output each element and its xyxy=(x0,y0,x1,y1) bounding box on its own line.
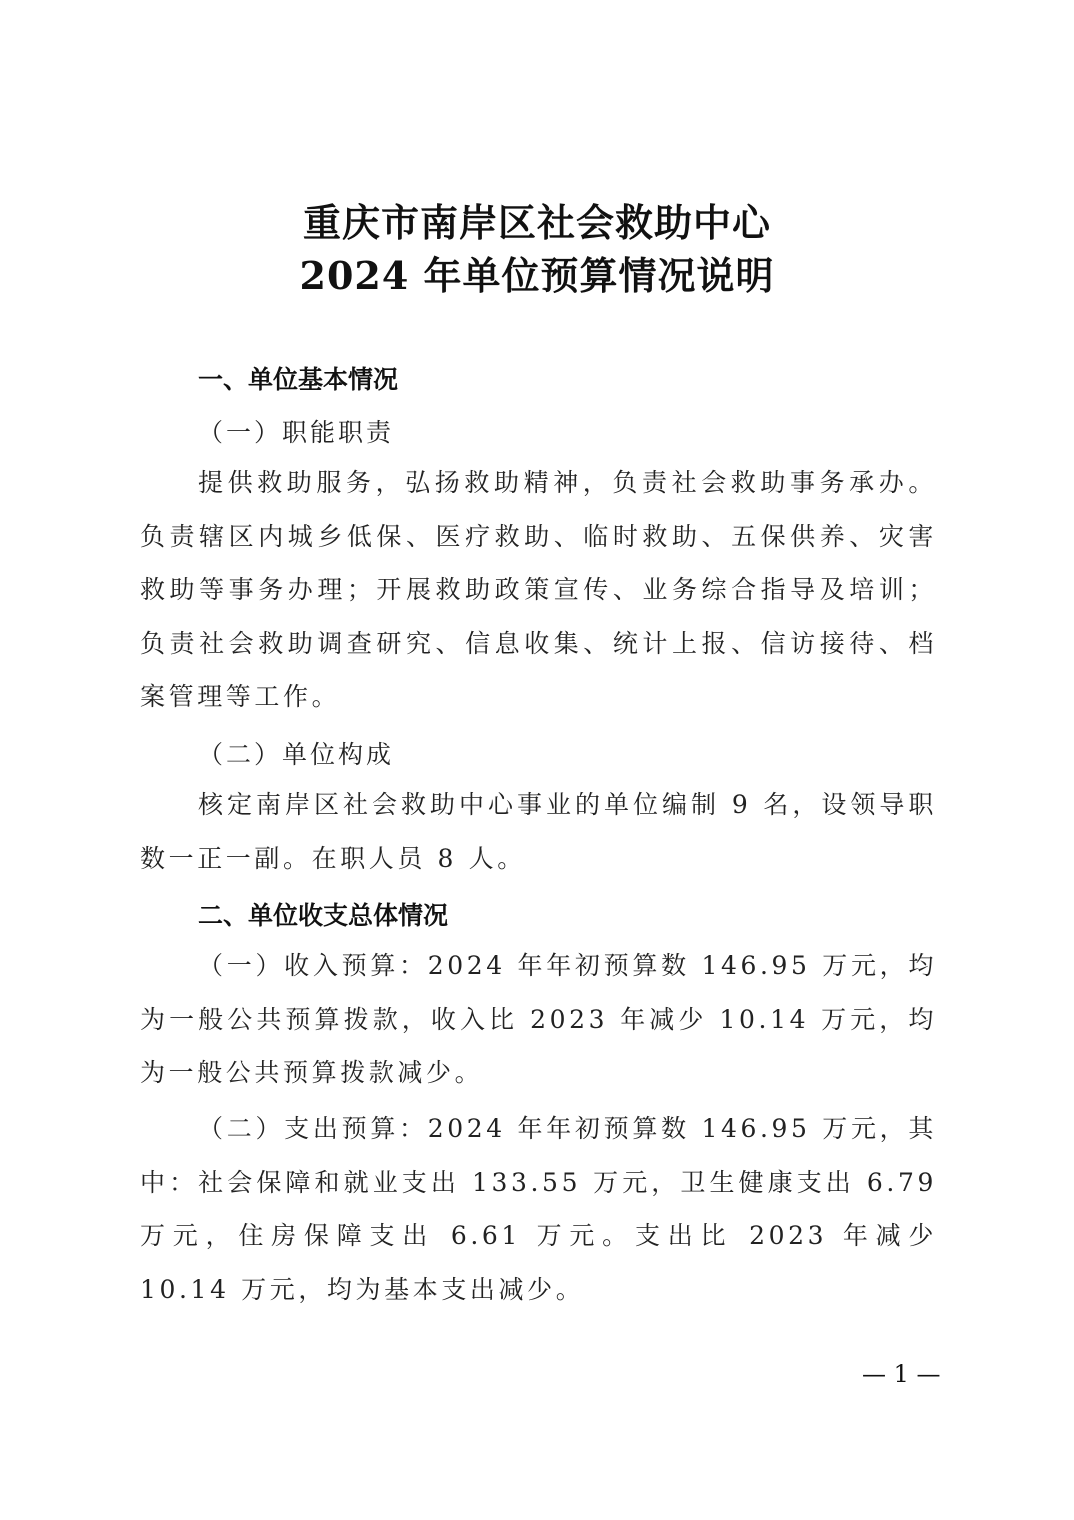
paragraph-composition: 核定南岸区社会救助中心事业的单位编制 9 名，设领导职数一正一副。在职人员 8 … xyxy=(140,778,937,885)
paragraph-expenditure-budget: （二）支出预算：2024 年年初预算数 146.95 万元，其中：社会保障和就业… xyxy=(140,1102,937,1316)
section-heading-basic-info: 一、单位基本情况 xyxy=(198,360,398,396)
document-page: 重庆市南岸区社会救助中心 2024 年单位预算情况说明 一、单位基本情况 （一）… xyxy=(0,0,1074,1520)
section-heading-revenue-expenditure: 二、单位收支总体情况 xyxy=(198,896,448,932)
paragraph-revenue-budget: （一）收入预算：2024 年年初预算数 146.95 万元，均为一般公共预算拨款… xyxy=(140,939,937,1100)
subsection-heading-composition: （二）单位构成 xyxy=(198,735,394,771)
document-title-line2: 2024 年单位预算情况说明 xyxy=(0,245,1074,300)
subsection-heading-duties: （一）职能职责 xyxy=(198,413,394,449)
page-number: — 1 — xyxy=(862,1360,941,1388)
document-title-line1: 重庆市南岸区社会救助中心 xyxy=(0,192,1074,247)
paragraph-duties: 提供救助服务，弘扬救助精神，负责社会救助事务承办。负责辖区内城乡低保、医疗救助、… xyxy=(140,456,937,724)
